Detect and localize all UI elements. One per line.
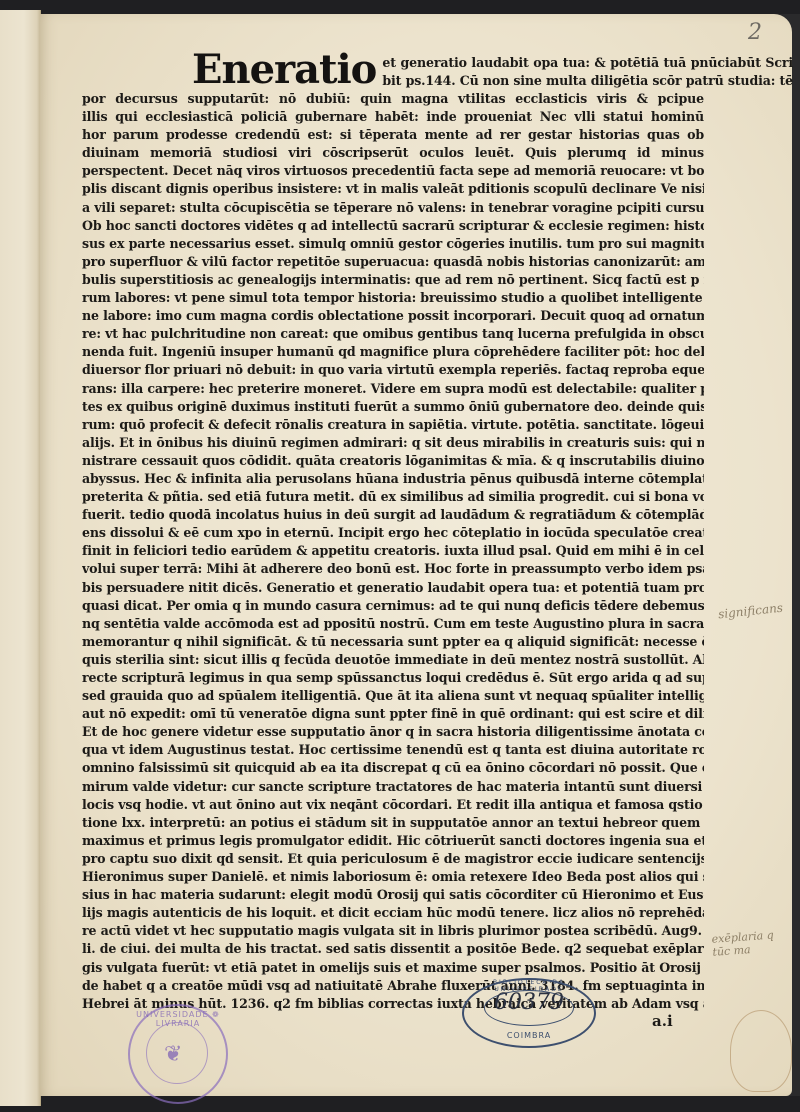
text-line: a vili separet: stulta cōcupiscētia se t… — [82, 199, 704, 217]
text-line: aut nō expedit: omī tū veneratōe digna s… — [82, 705, 704, 723]
library-stamp: BIBLIOTECA DA UNIVERSIDADE 60379 COIMBRA — [462, 978, 596, 1048]
text-line: perspectent. Decet nāq viros virtuosos p… — [82, 162, 704, 180]
text-line: ne labore: imo cum magna cordis oblectat… — [82, 307, 704, 325]
incipit-lines: et generatio laudabit opa tua: & potētiā… — [382, 54, 793, 90]
text-line: Ob hoc sancti doctores vidētes q ad inte… — [82, 217, 704, 235]
margin-annotation: exēplaria q tūc ma — [711, 927, 793, 959]
text-line: preterita & pñtia. sed etiā futura metit… — [82, 488, 704, 506]
incipit-row: Eneratio et generatio laudabit opa tua: … — [82, 40, 704, 90]
text-line: mirum valde videtur: cur sancte scriptur… — [82, 778, 704, 796]
text-line: lijs magis autenticis de his loquit. et … — [82, 904, 704, 922]
text-block: Eneratio et generatio laudabit opa tua: … — [82, 40, 704, 1013]
text-line: locis vsq hodie. vt aut ōnino aut vix ne… — [82, 796, 704, 814]
text-line: ens dissolui & eē cum xpo in eternū. Inc… — [82, 524, 704, 542]
text-line: sus ex parte necessarius esset. simulq o… — [82, 235, 704, 253]
text-line: volui super terrā: Mihi āt adherere deo … — [82, 560, 704, 578]
pen-flourish — [730, 1010, 792, 1092]
text-line: nistrare cessauit quos cōdidit. quāta cr… — [82, 452, 704, 470]
text-line: sius in hac materia sudarunt: elegit mod… — [82, 886, 704, 904]
text-line: finit in feliciori tedio earūdem & appet… — [82, 542, 704, 560]
text-line: rum labores: vt pene simul tota tempor h… — [82, 289, 704, 307]
incipit-initial: Eneratio — [192, 50, 376, 90]
text-line: omnino falsissimū sit quicquid ab ea ita… — [82, 759, 704, 777]
university-stamp: UNIVERSIDADE ❁ LIVRARIA ❦ — [128, 1004, 228, 1104]
text-line: gis vulgata fuerūt: vt etiā patet in ome… — [82, 959, 704, 977]
text-line: rans: illa carpere: hec preterire monere… — [82, 380, 704, 398]
text-line: bis persuadere nitit dicēs. Generatio et… — [82, 579, 704, 597]
text-line: recte scripturā legimus in qua semp spūs… — [82, 669, 704, 687]
text-line: hor parum prodesse credendū est: si tēpe… — [82, 126, 704, 144]
text-line: maximus et primus legis promulgator edid… — [82, 832, 704, 850]
text-line: sed grauida quo ad spūalem itelligentiā.… — [82, 687, 704, 705]
stamp-inventory-number: 60379 — [484, 990, 574, 1015]
text-line: tione lxx. interpretū: an potius ei stād… — [82, 814, 704, 832]
stamp-city-text: COIMBRA — [464, 1031, 594, 1040]
pelican-emblem-icon: ❦ — [164, 1042, 182, 1067]
text-line: illis qui ecclesiasticā policiā gubernar… — [82, 108, 704, 126]
text-line: rum: quō profecit & defecit rōnalis crea… — [82, 416, 704, 434]
scan-top-edge — [0, 0, 800, 14]
text-line: pro superfluor & vilū factor repetitōe s… — [82, 253, 704, 271]
text-line: bit ps.144. Cū non sine multa diligētia … — [382, 72, 793, 90]
text-line: nenda fuit. Ingeniū insuper humanū qd ma… — [82, 343, 704, 361]
text-line: qua vt idem Augustinus testat. Hoc certi… — [82, 741, 704, 759]
text-line: diuinam memoriā studiosi viri cōscripser… — [82, 144, 704, 162]
text-line: diuersor flor priuari nō debuit: in quo … — [82, 361, 704, 379]
text-line: et generatio laudabit opa tua: & potētiā… — [382, 54, 793, 72]
text-line: Et de hoc genere videtur esse supputatio… — [82, 723, 704, 741]
scan-bottom-edge — [0, 1096, 800, 1112]
text-line: quasi dicat. Per omia q in mundo casura … — [82, 597, 704, 615]
text-line: alijs. Et in ōnibus his diuinū regimen a… — [82, 434, 704, 452]
text-line: nq sentētia valde accōmoda est ad pposit… — [82, 615, 704, 633]
text-line: fuerit. tedio quodā incolatus huius in d… — [82, 506, 704, 524]
facing-page-edge — [0, 10, 41, 1106]
text-line: bulis superstitiosis ac genealogijs inte… — [82, 271, 704, 289]
body-text: por decursus supputarūt: nō dubiū: quin … — [82, 90, 704, 1013]
text-line: pro captu suo dixit qd sensit. Et quia p… — [82, 850, 704, 868]
text-line: quis sterilia sint: sicut illis q fecūda… — [82, 651, 704, 669]
text-line: tes ex quibus originē duximus instituti … — [82, 398, 704, 416]
signature-mark: a.i — [652, 1012, 673, 1030]
text-line: de habet q a creatōe mūdi vsq ad natiuit… — [82, 977, 704, 995]
text-line: plis discant dignis operibus insistere: … — [82, 180, 704, 198]
text-line: Hieronimus super Danielē. et nimis labor… — [82, 868, 704, 886]
text-line: memorantur q nihil significāt. & tū nece… — [82, 633, 704, 651]
text-line: por decursus supputarūt: nō dubiū: quin … — [82, 90, 704, 108]
text-line: li. de ciui. dei multa de his tractat. s… — [82, 940, 704, 958]
folio-number: 2 — [748, 20, 762, 45]
text-line: re actū videt vt hec supputatio magis vu… — [82, 922, 704, 940]
text-line: re: vt hac pulchritudine non careat: que… — [82, 325, 704, 343]
text-line: abyssus. Hec & infinita alia perusolans … — [82, 470, 704, 488]
